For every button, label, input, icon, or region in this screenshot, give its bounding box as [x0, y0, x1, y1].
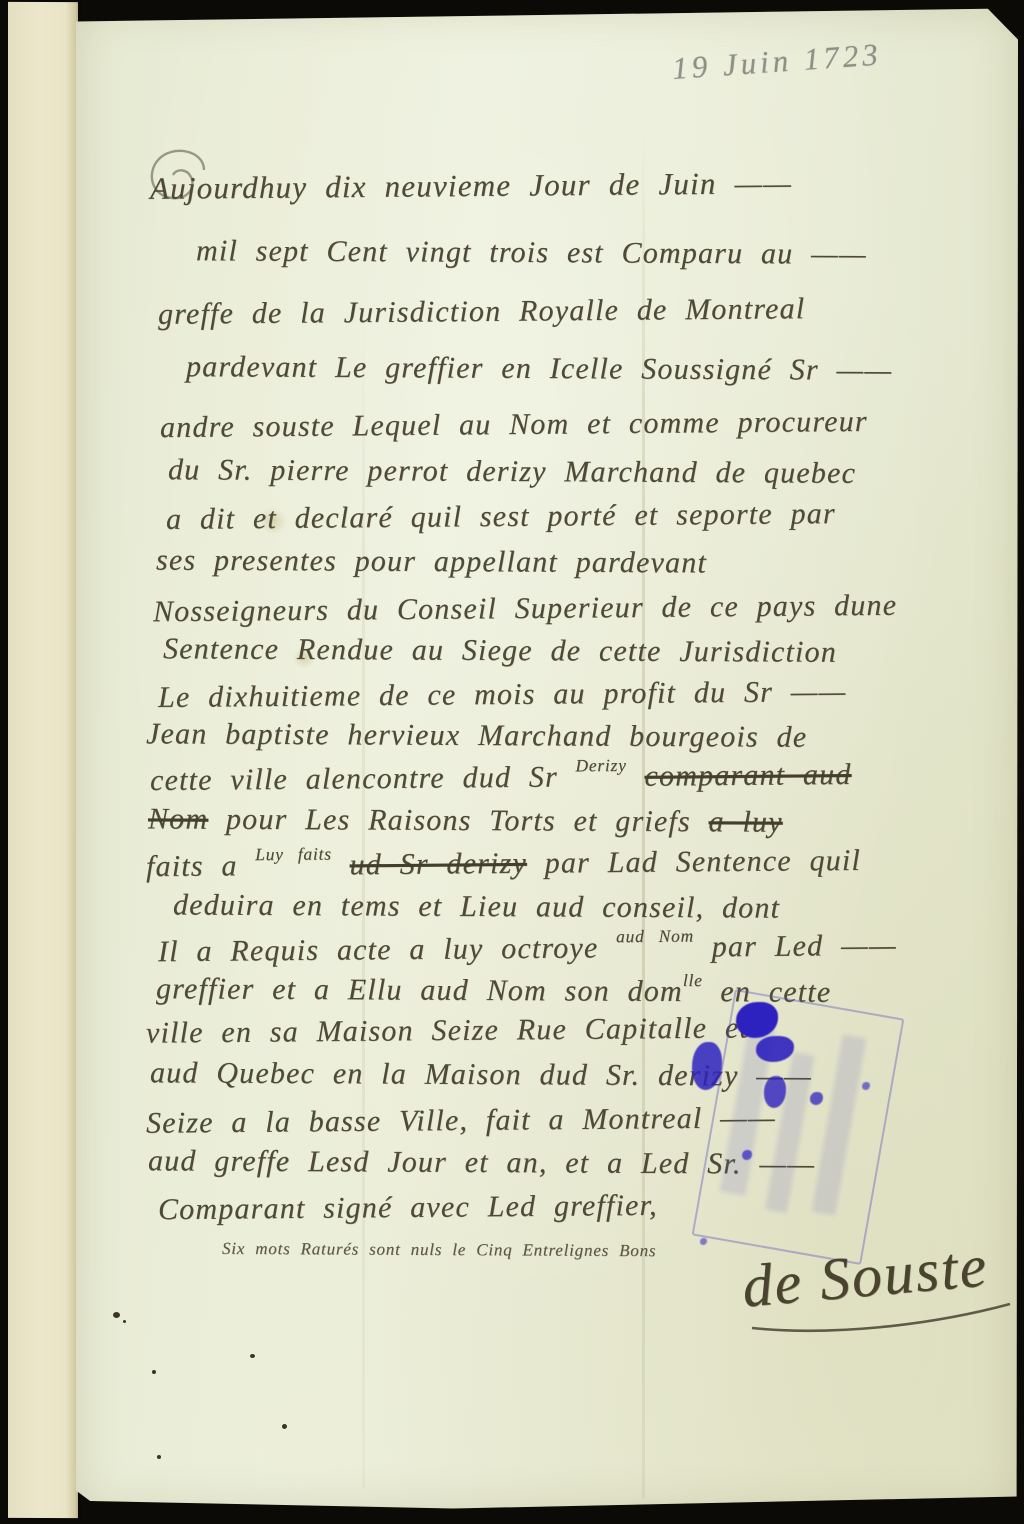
interlined-text: Derizy: [575, 755, 626, 775]
manuscript-line: Nosseigneurs du Conseil Superieur de ce …: [153, 589, 897, 629]
manuscript-line: andre souste Lequel au Nom et comme proc…: [160, 405, 868, 445]
ink-speck: [152, 1370, 156, 1374]
signature-swash-icon: [748, 1296, 1016, 1338]
line-text: [627, 760, 645, 793]
manuscript-line: Six mots Raturés sont nuls le Cinq Entre…: [222, 1239, 656, 1261]
manuscript-line: Il a Requis acte a luy octroye aud Nom p…: [158, 928, 897, 969]
line-text: greffier et a Ellu aud Nom son dom: [156, 972, 683, 1008]
line-text: par Lad Sentence quil: [527, 844, 861, 880]
manuscript-line: ville en sa Maison Seize Rue Capitalle e…: [146, 1011, 749, 1050]
struck-text: Nom: [148, 802, 208, 835]
manuscript-line: a dit et declaré quil sest porté et sepo…: [166, 497, 836, 537]
line-text: andre souste Lequel au Nom et comme proc…: [160, 405, 868, 444]
manuscript-line: mil sept Cent vingt trois est Comparu au…: [196, 234, 867, 272]
line-text: Sentence Rendue au Siege de cette Jurisd…: [163, 632, 837, 669]
line-text: pardevant Le greffier en Icelle Soussign…: [186, 350, 892, 387]
line-text: Aujourdhuy dix neuvieme Jour de Juin ——: [150, 165, 792, 206]
ink-speck: [113, 1312, 120, 1318]
interlined-text: lle: [683, 970, 703, 990]
manuscript-line: Aujourdhuy dix neuvieme Jour de Juin ——: [150, 165, 792, 207]
manuscript-line: faits a Luy faits ud Sr derizy par Lad S…: [146, 843, 861, 884]
manuscript-line: Le dixhuitieme de ce mois au profit du S…: [158, 675, 847, 715]
ink-speck: [157, 1455, 161, 1459]
ink-speck: [250, 1354, 255, 1358]
ink-speck: [123, 1320, 126, 1323]
line-text: Jean baptiste hervieux Marchand bourgeoi…: [146, 717, 807, 753]
line-text: Le dixhuitieme de ce mois au profit du S…: [158, 675, 847, 714]
line-text: du Sr. pierre perrot derizy Marchand de …: [168, 453, 856, 490]
interlined-text: Luy faits: [255, 843, 332, 864]
struck-text: comparant aud: [644, 758, 851, 793]
manuscript-line: Seize a la basse Ville, fait a Montreal …: [146, 1101, 776, 1140]
struck-text: ud Sr derizy: [349, 847, 527, 882]
manuscript-line: cette ville alencontre dud Sr Derizy com…: [150, 757, 852, 798]
stamp-smudge: [812, 1034, 867, 1215]
manuscript-line: greffier et a Ellu aud Nom son domlle en…: [156, 971, 832, 1010]
manuscript-line: ses presentes pour appellant pardevant: [156, 544, 707, 581]
line-text: ses presentes pour appellant pardevant: [156, 544, 707, 580]
line-text: Nosseigneurs du Conseil Superieur de ce …: [153, 589, 897, 628]
line-text: pour Les Raisons Torts et griefs: [208, 803, 708, 839]
line-text: a dit et declaré quil sest porté et sepo…: [166, 497, 836, 536]
manuscript-line: deduira en tems et Lieu aud conseil, don…: [173, 888, 780, 925]
line-text: cette ville alencontre dud Sr: [150, 760, 576, 797]
scanned-document: 19 Juin 1723 Aujourdhuy dix neuvieme Jou…: [0, 0, 1024, 1524]
manuscript-line: pardevant Le greffier en Icelle Soussign…: [186, 350, 892, 388]
manuscript-line: Sentence Rendue au Siege de cette Jurisd…: [163, 632, 837, 670]
line-text: Comparant signé avec Led greffier,: [158, 1189, 658, 1226]
line-text: Seize a la basse Ville, fait a Montreal …: [146, 1101, 776, 1139]
line-text: deduira en tems et Lieu aud conseil, don…: [173, 888, 780, 924]
manuscript-line: Nom pour Les Raisons Torts et griefs a l…: [148, 802, 783, 839]
manuscript-line: greffe de la Jurisdiction Royalle de Mon…: [158, 292, 806, 332]
ink-speck: [282, 1424, 287, 1429]
line-text: greffe de la Jurisdiction Royalle de Mon…: [158, 292, 806, 331]
line-text: mil sept Cent vingt trois est Comparu au…: [196, 234, 867, 271]
struck-text: a luy: [708, 805, 782, 838]
manuscript-line: Jean baptiste hervieux Marchand bourgeoi…: [146, 717, 807, 754]
manuscript-line: du Sr. pierre perrot derizy Marchand de …: [168, 453, 856, 491]
interlined-text: aud Nom: [616, 926, 694, 947]
line-text: Six mots Raturés sont nuls le Cinq Entre…: [222, 1239, 656, 1260]
line-text: [332, 848, 350, 881]
line-text: faits a: [146, 849, 256, 883]
line-text: par Led ——: [694, 929, 897, 964]
line-text: ville en sa Maison Seize Rue Capitalle e…: [146, 1011, 749, 1049]
manuscript-line: Comparant signé avec Led greffier,: [158, 1189, 658, 1227]
line-text: Il a Requis acte a luy octroye: [158, 931, 616, 968]
